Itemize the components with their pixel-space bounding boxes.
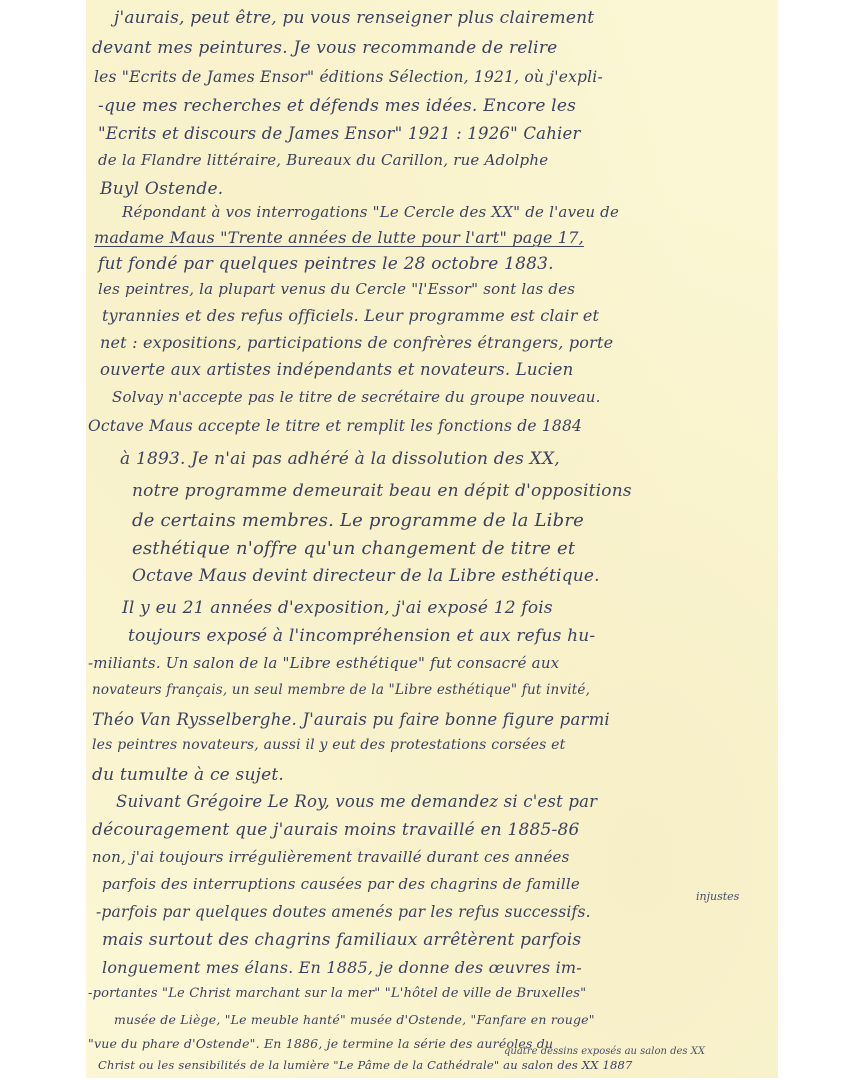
manuscript-line-6: de la Flandre littéraire, Bureaux du Car… xyxy=(98,151,548,169)
manuscript-line-20: esthétique n'offre qu'un changement de t… xyxy=(132,538,575,559)
manuscript-line-11: les peintres, la plupart venus du Cercle… xyxy=(98,280,575,298)
manuscript-line-37: musée de Liège, "Le meuble hanté" musée … xyxy=(114,1012,595,1027)
manuscript-line-5: "Ecrits et discours de James Ensor" 1921… xyxy=(98,124,581,143)
manuscript-line-18: notre programme demeurait beau en dépit … xyxy=(132,481,632,501)
manuscript-line-15: Solvay n'accepte pas le titre de secréta… xyxy=(112,388,601,406)
manuscript-line-22: Il y eu 21 années d'exposition, j'ai exp… xyxy=(122,598,553,618)
manuscript-line-31: non, j'ai toujours irrégulièrement trava… xyxy=(92,848,570,866)
manuscript-line-24: -miliants. Un salon de la "Libre esthéti… xyxy=(88,654,559,672)
manuscript-line-26: Théo Van Rysselberghe. J'aurais pu faire… xyxy=(92,710,610,729)
manuscript-line-27: les peintres novateurs, aussi il y eut d… xyxy=(92,737,565,753)
manuscript-line-1: j'aurais, peut être, pu vous renseigner … xyxy=(114,8,594,28)
insertion-above-line-33: injustes xyxy=(696,890,739,903)
manuscript-line-13: net : expositions, participations de con… xyxy=(100,333,613,352)
manuscript-line-35: longuement mes élans. En 1885, je donne … xyxy=(102,958,582,977)
manuscript-line-3: les "Ecrits de James Ensor" éditions Sél… xyxy=(94,68,603,86)
manuscript-line-21: Octave Maus devint directeur de la Libre… xyxy=(132,566,600,586)
manuscript-line-7: Buyl Ostende. xyxy=(100,179,223,199)
manuscript-line-2: devant mes peintures. Je vous recommande… xyxy=(92,38,557,58)
manuscript-line-36: -portantes "Le Christ marchant sur la me… xyxy=(88,986,586,1001)
manuscript-line-32: parfois des interruptions causées par de… xyxy=(102,875,580,893)
manuscript-line-33: -parfois par quelques doutes amenés par … xyxy=(96,903,591,921)
manuscript-line-17: à 1893. Je n'ai pas adhéré à la dissolut… xyxy=(120,449,560,469)
manuscript-line-39: Christ ou les sensibilités de la lumière… xyxy=(98,1058,633,1072)
manuscript-line-28: du tumulte à ce sujet. xyxy=(92,765,284,785)
manuscript-line-34: mais surtout des chagrins familiaux arrê… xyxy=(102,930,581,950)
manuscript-line-38: "vue du phare d'Ostende". En 1886, je te… xyxy=(88,1036,553,1051)
manuscript-line-25: novateurs français, un seul membre de la… xyxy=(92,682,590,698)
underlined-title: madame Maus "Trente années de lutte pour… xyxy=(94,228,584,247)
manuscript-line-12: tyrannies et des refus officiels. Leur p… xyxy=(102,306,599,325)
manuscript-line-30: découragement que j'aurais moins travail… xyxy=(92,820,580,840)
manuscript-line-8: Répondant à vos interrogations "Le Cercl… xyxy=(122,203,619,221)
manuscript-line-9: madame Maus "Trente années de lutte pour… xyxy=(94,228,584,247)
manuscript-line-10: fut fondé par quelques peintres le 28 oc… xyxy=(98,254,554,274)
insertion-above-line-39: quatre dessins exposés au salon des XX xyxy=(504,1046,705,1057)
manuscript-line-14: ouverte aux artistes indépendants et nov… xyxy=(100,360,573,379)
manuscript-line-23: toujours exposé à l'incompréhension et a… xyxy=(128,626,595,646)
manuscript-line-16: Octave Maus accepte le titre et remplit … xyxy=(88,417,582,435)
manuscript-page: j'aurais, peut être, pu vous renseigner … xyxy=(86,0,778,1078)
manuscript-line-29: Suivant Grégoire Le Roy, vous me demande… xyxy=(116,792,597,811)
manuscript-line-19: de certains membres. Le programme de la … xyxy=(132,510,584,531)
manuscript-line-4: -que mes recherches et défends mes idées… xyxy=(98,96,576,116)
